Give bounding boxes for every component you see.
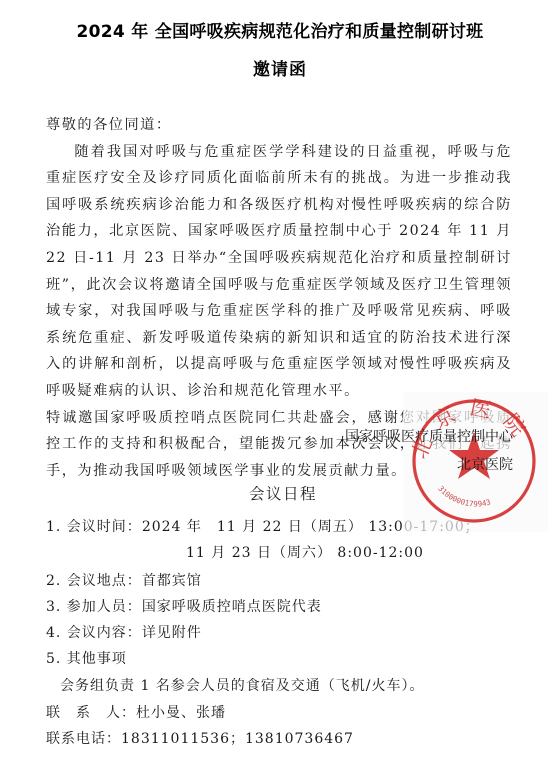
- item-label: 5. 其他事项: [46, 651, 127, 667]
- phone-numbers: 18311011536；13810736467: [121, 731, 354, 747]
- schedule-item-attendees: 3. 参加人员：国家呼吸质控哨点医院代表: [46, 597, 322, 617]
- item-label: 2. 会议地点：: [46, 573, 142, 589]
- item-label: 4. 会议内容：: [46, 625, 142, 641]
- item-value: 国家呼吸质控哨点医院代表: [142, 599, 322, 615]
- contact-phones: 联系电话：18311011536；13810736467: [46, 729, 354, 749]
- document-subtitle: 邀请函: [0, 58, 560, 82]
- contact-names: 杜小曼、张璠: [136, 705, 226, 721]
- other-note: 会务组负责 1 名参会人员的食宿及交通（飞机/火车）。: [60, 676, 425, 696]
- schedule-item-other: 5. 其他事项: [46, 649, 127, 669]
- schedule-item-time-day2: 11 月 23 日（周六） 8:00-12:00: [186, 543, 424, 563]
- item-value: 11 月 23 日（周六） 8:00-12:00: [186, 545, 424, 561]
- signature-hospital: 北京医院: [457, 455, 513, 475]
- signature-qc-center: 国家呼吸医疗质量控制中心: [345, 427, 513, 447]
- contact-persons: 联 系 人：杜小曼、张璠: [46, 703, 226, 723]
- item-value: 首都宾馆: [142, 573, 202, 589]
- contact-label: 联 系 人：: [46, 705, 136, 721]
- schedule-item-venue: 2. 会议地点：首都宾馆: [46, 571, 202, 591]
- item-label: 1. 会议时间：: [46, 519, 142, 535]
- phone-label: 联系电话：: [46, 731, 121, 747]
- svg-text:3100000179943: 3100000179943: [436, 484, 491, 509]
- paragraph-intro: 随着我国对呼吸与危重症医学学科建设的日益重视，呼吸与危重症医疗安全及诊疗同质化面…: [46, 139, 512, 405]
- salutation: 尊敬的各位同道：: [46, 112, 512, 139]
- document-title: 2024 年 全国呼吸疾病规范化治疗和质量控制研讨班: [0, 20, 560, 44]
- item-value: 详见附件: [142, 625, 202, 641]
- invitation-page: 2024 年 全国呼吸疾病规范化治疗和质量控制研讨班 邀请函 尊敬的各位同道： …: [0, 0, 560, 774]
- item-label: 3. 参加人员：: [46, 599, 142, 615]
- schedule-item-content: 4. 会议内容：详见附件: [46, 623, 202, 643]
